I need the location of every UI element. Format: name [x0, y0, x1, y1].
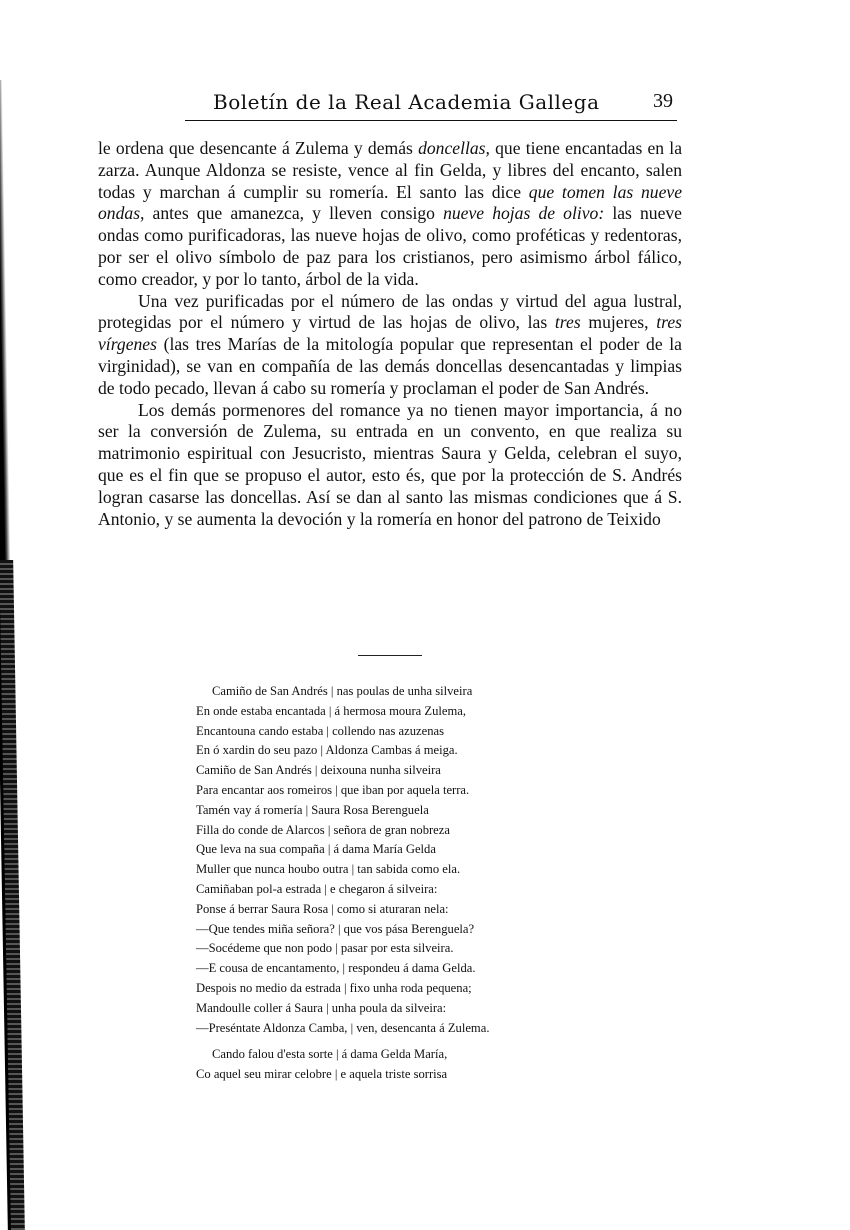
verse-line: Ponse á berrar Saura Rosa | como si atur…: [196, 900, 596, 920]
verse-line: Mandoulle coller á Saura | unha poula da…: [196, 999, 596, 1019]
verse-block: Camiño de San Andrés | nas poulas de unh…: [196, 682, 596, 1085]
verse-line: Camiño de San Andrés | nas poulas de unh…: [196, 682, 596, 702]
verse-line: En onde estaba encantada | á hermosa mou…: [196, 702, 596, 722]
verse-line: —Que tendes miña señora? | que vos pása …: [196, 920, 596, 940]
verse-line: En ó xardin do seu pazo | Aldonza Cambas…: [196, 741, 596, 761]
verse-line: Camiñaban pol-a estrada | e chegaron á s…: [196, 880, 596, 900]
section-separator-rule: [358, 655, 422, 656]
page-number: 39: [653, 90, 673, 113]
body-text: le ordena que desencante á Zulema y demá…: [98, 138, 682, 530]
italic-text: nueve hojas de olivo:: [443, 203, 604, 223]
stanza-gap: [196, 1038, 596, 1045]
verse-line: Co aquel seu mirar celobre | e aquela tr…: [196, 1065, 596, 1085]
italic-text: doncellas,: [418, 138, 490, 158]
verse-line: Tamén vay á romería | Saura Rosa Berengu…: [196, 801, 596, 821]
paragraph: le ordena que desencante á Zulema y demá…: [98, 138, 682, 291]
verse-line: —Preséntate Aldonza Camba, | ven, desenc…: [196, 1019, 596, 1039]
verse-line: Cando falou d'esta sorte | á dama Gelda …: [196, 1045, 596, 1065]
verse-line: Camiño de San Andrés | deixouna nunha si…: [196, 761, 596, 781]
running-head: Boletín de la Real Academia Gallega 39: [185, 86, 677, 121]
paragraph: Los demás pormenores del romance ya no t…: [98, 400, 682, 531]
verse-line: Encantouna cando estaba | collendo nas a…: [196, 722, 596, 742]
text-segment: le ordena que desencante á Zulema y demá…: [98, 138, 418, 158]
verse-line: Despois no medio da estrada | fixo unha …: [196, 979, 596, 999]
paragraph: Una vez purificadas por el número de las…: [98, 291, 682, 400]
text-segment: mujeres,: [581, 312, 657, 332]
verse-line: Muller que nunca houbo outra | tan sabid…: [196, 860, 596, 880]
verse-line: Para encantar aos romeiros | que iban po…: [196, 781, 596, 801]
italic-text: tres: [555, 312, 581, 332]
verse-line: —E cousa de encantamento, | respondeu á …: [196, 959, 596, 979]
verse-line: Filla do conde de Alarcos | señora de gr…: [196, 821, 596, 841]
verse-line: Que leva na sua compaña | á dama María G…: [196, 840, 596, 860]
page-binding-edge-lower: [0, 560, 25, 1230]
verse-line: —Socédeme que non podo | pasar por esta …: [196, 939, 596, 959]
journal-title: Boletín de la Real Academia Gallega: [213, 90, 600, 114]
text-segment: antes que amanezca, y lleven consigo: [144, 203, 443, 223]
text-segment: Los demás pormenores del romance ya no t…: [98, 400, 682, 529]
text-segment: (las tres Marías de la mitología popular…: [98, 334, 682, 398]
